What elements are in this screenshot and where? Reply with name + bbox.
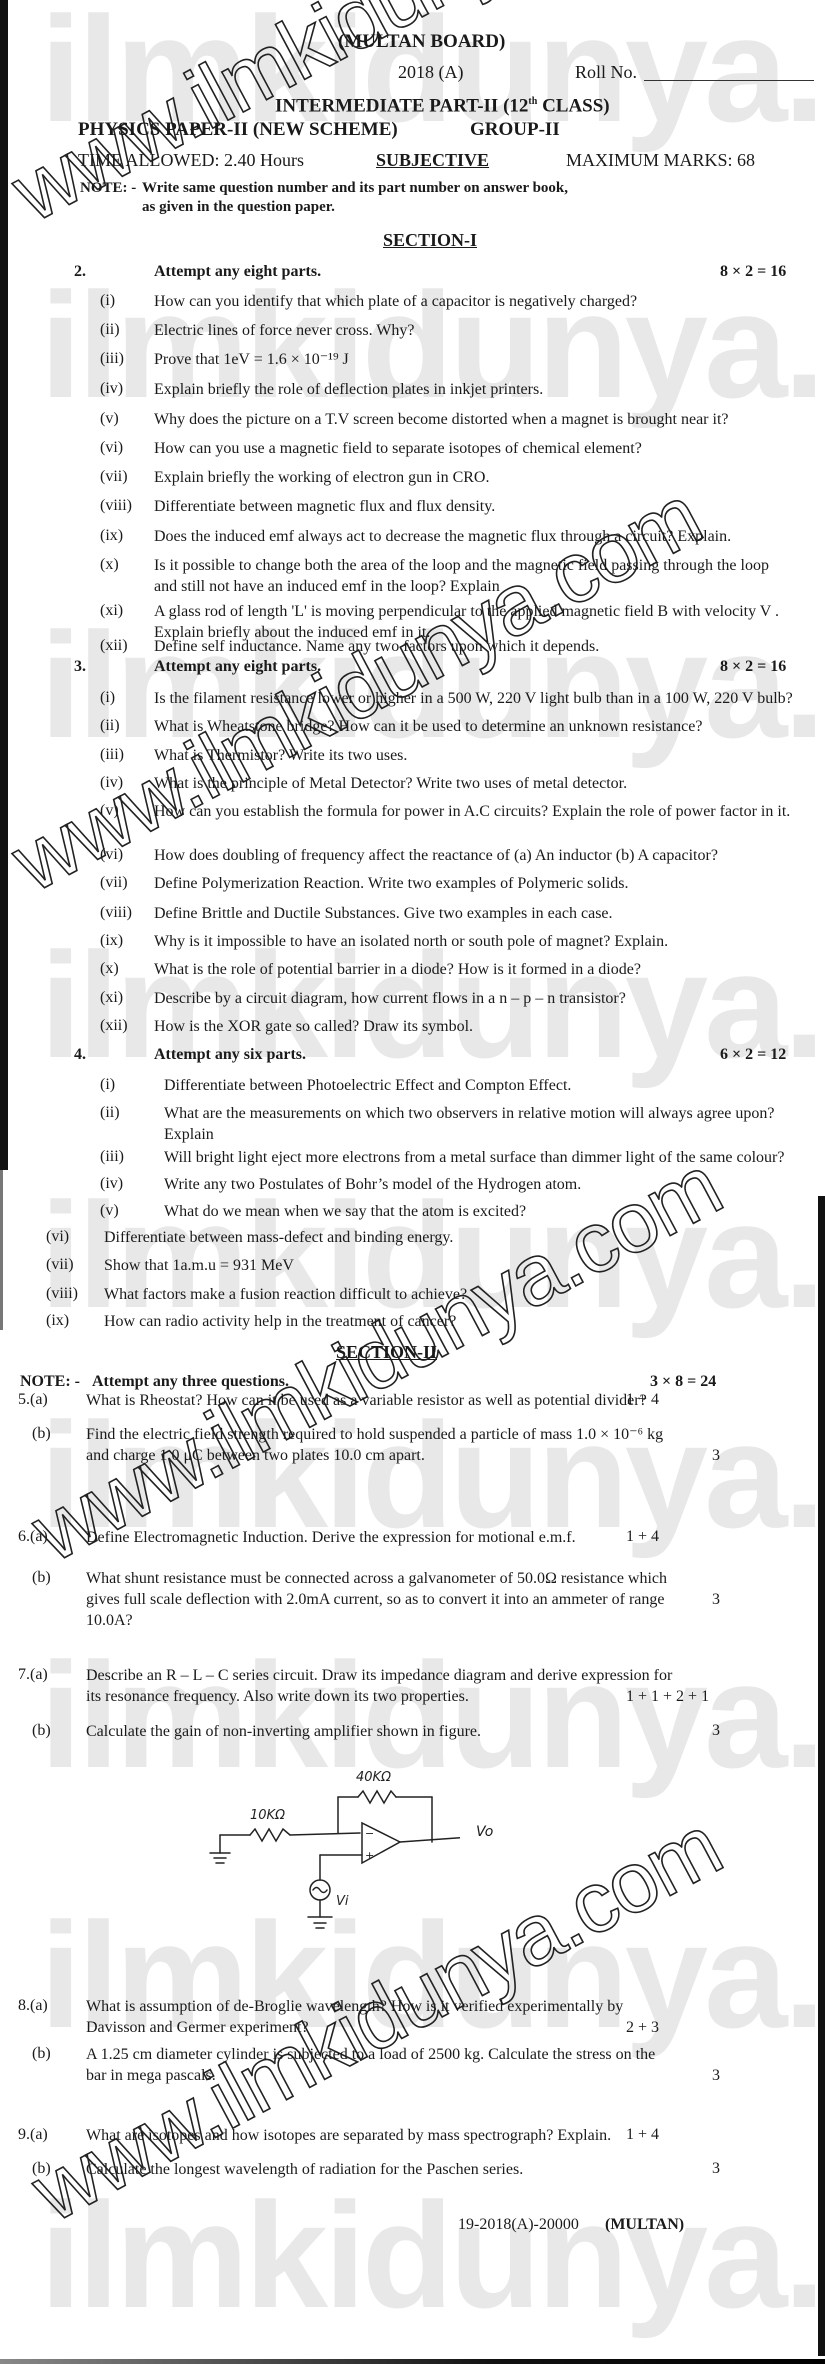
question-marks: 8 × 2 = 16 [720, 657, 786, 677]
question-text: What is assumption of de-Broglie wavelen… [86, 1996, 676, 2038]
question-marks: 1 + 4 [626, 2125, 659, 2145]
part-label: (iii) [100, 745, 124, 765]
part-label: (xi) [100, 601, 123, 621]
question-label: (b) [32, 1424, 51, 1444]
question-marks: 2 + 3 [626, 2018, 659, 2038]
question-marks: 3 [712, 1590, 720, 1610]
part-label: (iii) [100, 1147, 124, 1167]
part-text: Define self inductance. Name any two fac… [154, 636, 794, 657]
scan-edge-right [818, 1196, 825, 2356]
inverting-input-sign: − [365, 1827, 374, 1840]
part-label: (i) [100, 1075, 115, 1095]
part-text: How is the XOR gate so called? Draw its … [154, 1016, 794, 1037]
part-label: (xi) [100, 988, 123, 1008]
paper-code: 19-2018(A)-20000 [458, 2215, 579, 2235]
question-text: What is Rheostat? How can it be used as … [86, 1390, 676, 1411]
roll-number-label: Roll No. [575, 62, 637, 82]
part-label: (ix) [100, 526, 123, 546]
part-text: Why does the picture on a T.V screen bec… [154, 409, 794, 430]
question-number: 3. [74, 657, 86, 677]
part-text: Does the induced emf always act to decre… [154, 526, 794, 547]
question-text: Calculate the gain of non-inverting ampl… [86, 1721, 676, 1742]
part-label: (ii) [100, 320, 120, 340]
part-text: Differentiate between mass-defect and bi… [104, 1227, 744, 1248]
question-label: 5.(a) [18, 1390, 48, 1410]
note-text: Write same question number and its part … [142, 178, 568, 198]
question-label: 7.(a) [18, 1665, 48, 1685]
section-title: SECTION-II [336, 1342, 437, 1362]
question-instruction: Attempt any six parts. [154, 1045, 306, 1065]
part-text: How can you identify that which plate of… [154, 291, 794, 312]
question-marks: 1 + 4 [626, 1527, 659, 1547]
part-text: What are the measurements on which two o… [164, 1103, 804, 1145]
part-label: (vii) [100, 467, 128, 487]
scan-edge-left [0, 0, 8, 1170]
part-label: (i) [100, 291, 115, 311]
part-text: Describe by a circuit diagram, how curre… [154, 988, 794, 1009]
question-marks: 3 [712, 2159, 720, 2179]
question-text: What are isotopes and how isotopes are s… [86, 2125, 676, 2146]
part-label: (x) [100, 959, 119, 979]
part-label: (viii) [100, 903, 132, 923]
part-label: (xii) [100, 636, 128, 656]
part-text: How can you use a magnetic field to sepa… [154, 438, 794, 459]
question-number: 4. [74, 1045, 86, 1065]
output-voltage-label: Vo [476, 1822, 493, 1842]
question-label: 9.(a) [18, 2125, 48, 2145]
part-text: Explain briefly the working of electron … [154, 467, 794, 488]
question-marks: 8 × 2 = 16 [720, 262, 786, 282]
part-label: (ix) [100, 931, 123, 951]
maximum-marks: MAXIMUM MARKS: 68 [566, 150, 755, 170]
part-text: Define Brittle and Ductile Substances. G… [154, 903, 794, 924]
class-title: INTERMEDIATE PART-II (12th CLASS) [275, 92, 610, 116]
part-label: (vii) [46, 1255, 74, 1275]
part-label: (v) [100, 409, 119, 429]
part-label: (vi) [46, 1227, 69, 1247]
question-label: 6.(a) [18, 1527, 48, 1547]
question-marks: 3 [712, 1446, 720, 1466]
question-text: Define Electromagnetic Induction. Derive… [86, 1527, 676, 1548]
part-label: (iv) [100, 1174, 123, 1194]
part-text: Write any two Postulates of Bohr’s model… [164, 1174, 804, 1195]
question-text: Calculate the longest wavelength of radi… [86, 2159, 676, 2180]
non-inverting-amplifier-diagram: 40KΩ 10KΩ − + Vi [200, 1745, 460, 1955]
input-voltage-label: Vi [336, 1894, 349, 1909]
watermark: ilmkidunya.com [40, 2180, 825, 2330]
part-text: Prove that 1eV = 1.6 × 10⁻¹⁹ J [154, 349, 794, 370]
part-label: (v) [100, 1201, 119, 1221]
note-text: as given in the question paper. [142, 197, 335, 217]
part-text: Why is it impossible to have an isolated… [154, 931, 794, 952]
part-text: What factors make a fusion reaction diff… [104, 1284, 744, 1305]
question-instruction: Attempt any eight parts. [154, 657, 321, 677]
part-label: (vi) [100, 438, 123, 458]
scan-edge-bottom [0, 2359, 825, 2364]
part-label: (viii) [100, 496, 132, 516]
question-marks: 3 [712, 2066, 720, 2086]
question-label: (b) [32, 2159, 51, 2179]
question-text: Describe an R – L – C series circuit. Dr… [86, 1665, 676, 1707]
question-marks: 1 + 4 [626, 1390, 659, 1410]
note-text: Attempt any three questions. [92, 1372, 289, 1392]
time-allowed: TIME ALLOWED: 2.40 Hours [78, 150, 304, 170]
question-text: Find the electric field strength require… [86, 1424, 676, 1466]
question-instruction: Attempt any eight parts. [154, 262, 321, 282]
scan-edge-left-lower [0, 1170, 3, 1330]
part-label: (vii) [100, 873, 128, 893]
part-text: Is it possible to change both the area o… [154, 555, 794, 597]
section-title: SECTION-I [383, 230, 477, 250]
paper-type: SUBJECTIVE [376, 150, 489, 170]
part-text: What is Wheatstone bridge? How can it be… [154, 716, 794, 737]
question-label: (b) [32, 2044, 51, 2064]
roll-number-field [644, 80, 814, 81]
footer-board: (MULTAN) [605, 2215, 684, 2235]
board-name: (MULTAN BOARD) [338, 32, 505, 52]
question-marks: 1 + 1 + 2 + 1 [626, 1687, 709, 1707]
part-label: (i) [100, 688, 115, 708]
question-text: A 1.25 cm diameter cylinder is subjected… [86, 2044, 676, 2086]
part-text: How can radio activity help in the treat… [104, 1311, 744, 1332]
section-marks: 3 × 8 = 24 [650, 1372, 716, 1392]
note-label: NOTE: - [20, 1372, 80, 1392]
part-text: What is Thermistor? Write its two uses. [154, 745, 794, 766]
part-label: (ix) [46, 1311, 69, 1331]
note-label: NOTE: - [80, 178, 136, 198]
part-text: What is the principle of Metal Detector?… [154, 773, 794, 794]
part-label: (x) [100, 555, 119, 575]
part-label: (vi) [100, 845, 123, 865]
part-label: (xii) [100, 1016, 128, 1036]
feedback-resistor-label: 40KΩ [356, 1770, 391, 1785]
part-label: (viii) [46, 1284, 78, 1304]
part-text: How does doubling of frequency affect th… [154, 845, 794, 866]
part-text: Is the filament resistance lower or high… [154, 688, 825, 709]
part-label: (ii) [100, 1103, 120, 1123]
part-label: (iv) [100, 773, 123, 793]
question-label: (b) [32, 1721, 51, 1741]
question-number: 2. [74, 262, 86, 282]
part-label: (iv) [100, 379, 123, 399]
question-label: 8.(a) [18, 1996, 48, 2016]
part-label: (ii) [100, 716, 120, 736]
part-text: Show that 1a.m.u = 931 MeV [104, 1255, 744, 1276]
part-text: Differentiate between magnetic flux and … [154, 496, 794, 517]
part-text: What do we mean when we say that the ato… [164, 1201, 804, 1222]
part-text: How can you establish the formula for po… [154, 801, 794, 822]
question-text: What shunt resistance must be connected … [86, 1568, 676, 1631]
part-text: Differentiate between Photoelectric Effe… [164, 1075, 804, 1096]
part-label: (iii) [100, 349, 124, 369]
question-marks: 3 [712, 1721, 720, 1741]
part-text: Explain briefly the role of deflection p… [154, 379, 794, 400]
noninverting-input-sign: + [365, 1849, 374, 1862]
question-marks: 6 × 2 = 12 [720, 1045, 786, 1065]
part-text: Will bright light eject more electrons f… [164, 1147, 804, 1168]
input-resistor-label: 10KΩ [250, 1808, 285, 1823]
part-label: (v) [100, 801, 119, 821]
paper-title: PHYSICS PAPER-II (NEW SCHEME) [78, 120, 398, 140]
question-label: (b) [32, 1568, 51, 1588]
exam-year: 2018 (A) [398, 62, 464, 82]
part-text: What is the role of potential barrier in… [154, 959, 794, 980]
group-label: GROUP-II [470, 120, 560, 140]
part-text: Electric lines of force never cross. Why… [154, 320, 794, 341]
part-text: Define Polymerization Reaction. Write tw… [154, 873, 794, 894]
